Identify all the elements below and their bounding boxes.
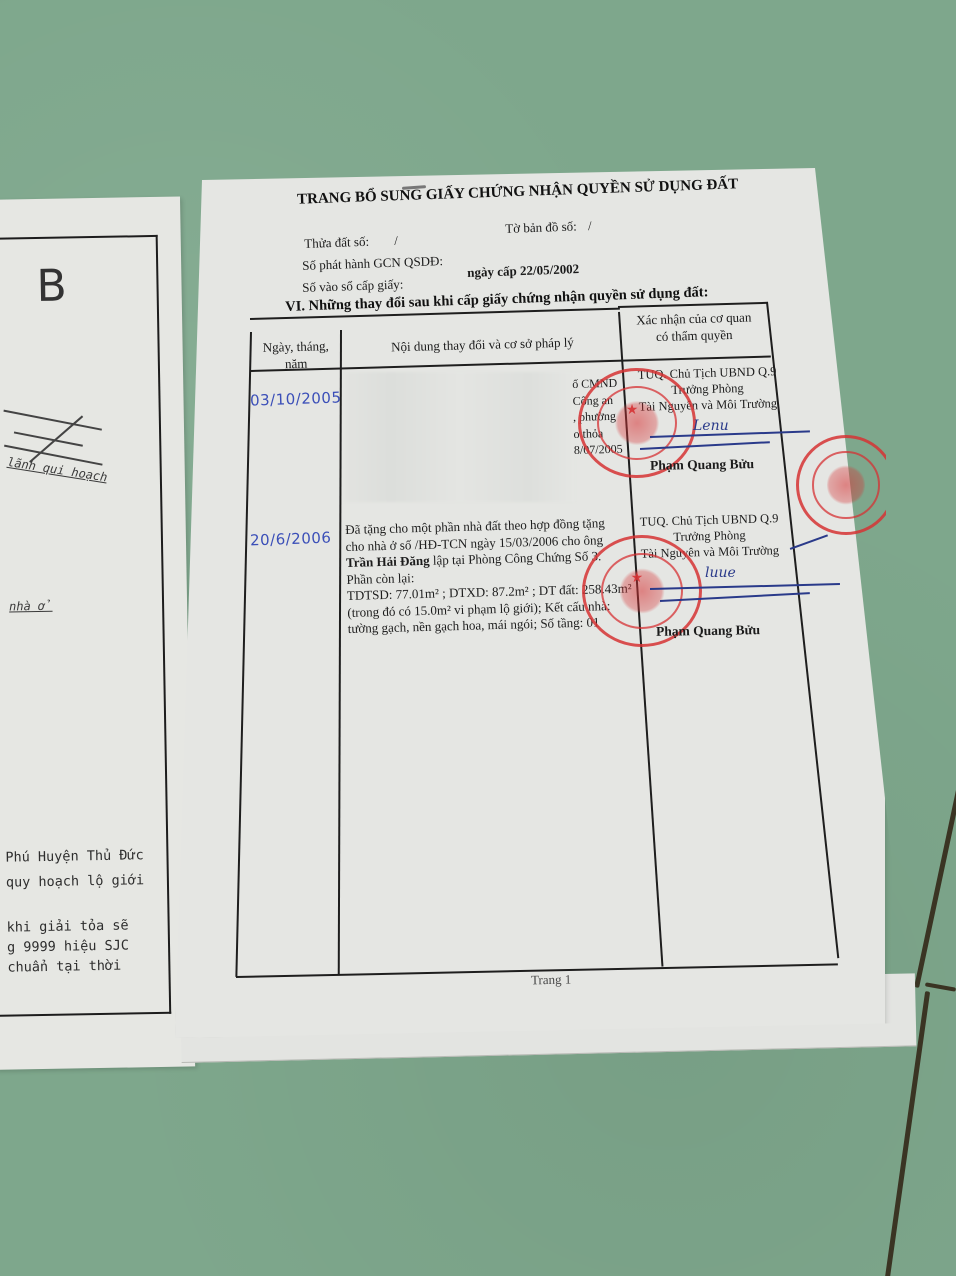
thua-dat-label: Thửa đất số: (304, 234, 369, 251)
signature: luue (705, 565, 736, 581)
row2-date: 20/6/2006 (250, 529, 332, 550)
header-confirm: Xác nhận của cơ quan có thẩm quyền (620, 308, 769, 346)
to-ban-do-field: Tờ bản đồ số: / (505, 218, 592, 237)
ngay-cap-field: ngày cấp 22/05/2002 (467, 261, 579, 281)
redacted-content (345, 372, 575, 502)
to-ban-do-value: / (588, 218, 592, 233)
official-red-stamp-partial (796, 435, 896, 535)
star-icon: ★ (626, 402, 639, 419)
national-emblem-icon (615, 400, 660, 446)
to-ban-do-label: Tờ bản đồ số: (505, 219, 577, 236)
so-vao-so-field: Số vào sổ cấp giấy: (302, 276, 404, 296)
so-vao-so-label: Số vào sổ cấp giấy: (302, 276, 404, 295)
table-col-divider (338, 330, 342, 975)
document-content: TRANG BỔ SUNG GIẤY CHỨNG NHẬN QUYỀN SỬ D… (0, 0, 956, 1276)
header-date-line1: Ngày, tháng, (252, 337, 340, 356)
thua-dat-field: Thửa đất số: / (304, 233, 398, 252)
table-border-left (235, 332, 251, 977)
recipient-name: Trần Hải Đăng (346, 553, 430, 570)
document-title: TRANG BỔ SUNG GIẤY CHỨNG NHẬN QUYỀN SỬ D… (297, 176, 739, 208)
star-icon: ★ (631, 570, 644, 587)
row2-signer: Phạm Quang Bửu (656, 622, 760, 640)
header-date-line2: năm (252, 354, 340, 373)
header-content: Nội dung thay đổi và cơ sở pháp lý (345, 332, 620, 356)
so-phat-hanh-field: Số phát hành GCN QSDĐ: (302, 253, 443, 274)
national-emblem-icon (827, 464, 865, 505)
so-phat-hanh-label: Số phát hành GCN QSDĐ: (302, 253, 443, 273)
page-number: Trang 1 (531, 972, 572, 989)
signature: Lenu (693, 418, 729, 434)
header-date: Ngày, tháng, năm (252, 337, 341, 373)
thua-dat-value: / (394, 233, 398, 248)
ngay-cap-value: ngày cấp 22/05/2002 (467, 261, 579, 280)
national-emblem-icon (619, 568, 665, 615)
row1-date: 03/10/2005 (250, 388, 342, 409)
row1-signer: Phạm Quang Bửu (650, 456, 754, 474)
